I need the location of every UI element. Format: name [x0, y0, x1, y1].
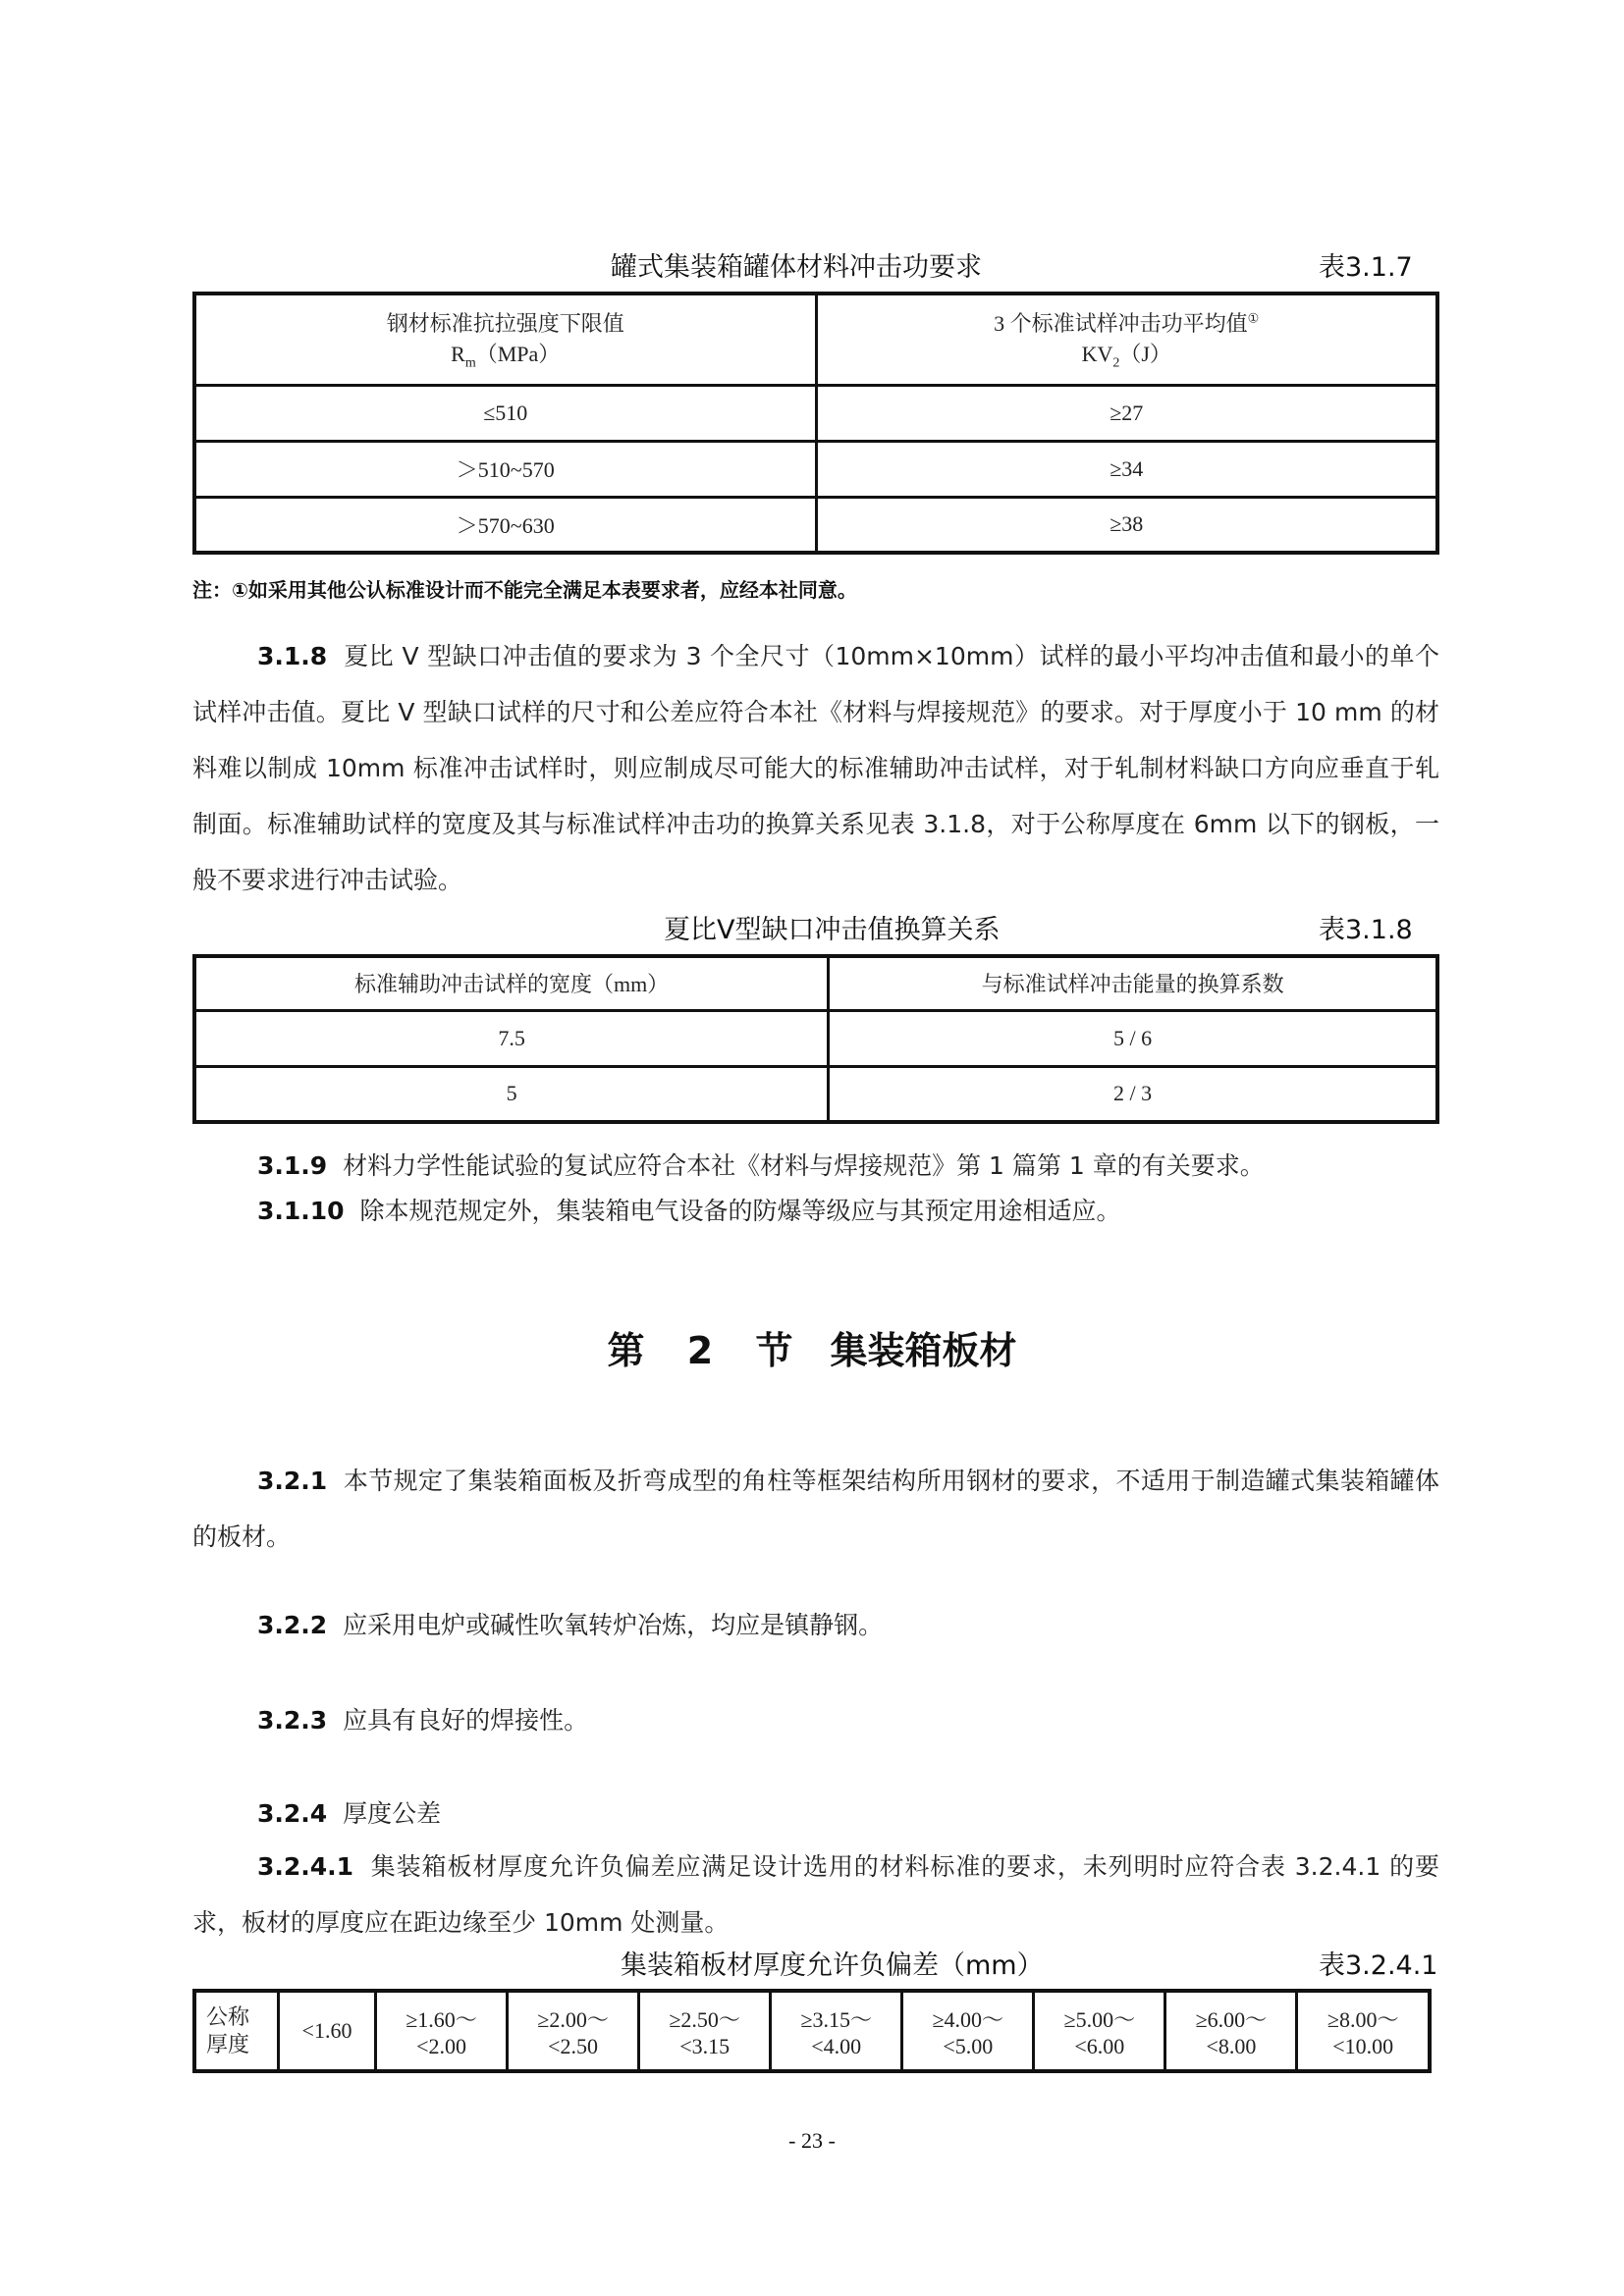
table-3-1-8-title: 夏比V型缺口冲击值换算关系 — [664, 908, 1000, 946]
cell-impact: ≥34 — [816, 441, 1437, 497]
table-row: 5 2 / 3 — [194, 1066, 1437, 1122]
table-row: ＞510~570 ≥34 — [194, 441, 1437, 497]
table-3-1-7-title: 罐式集装箱罐体材料冲击功要求 — [611, 245, 982, 284]
thickness-cell: ≥6.00～<8.00 — [1165, 1991, 1297, 2071]
paragraph-3-2-1: 3.2.1 本节规定了集装箱面板及折弯成型的角柱等框架结构所用钢材的要求，不适用… — [192, 1453, 1439, 1565]
header-cell-strength: 钢材标准抗拉强度下限值 Rm（MPa） — [194, 294, 816, 385]
clause-number: 3.2.3 — [257, 1706, 327, 1735]
header-impact-unit: KV2（J） — [818, 338, 1436, 371]
table-3-2-4-1-title: 集装箱板材厚度允许负偏差（mm） — [621, 1944, 1044, 1982]
paragraph-3-1-8: 3.1.8 夏比 V 型缺口冲击值的要求为 3 个全尺寸（10mm×10mm）试… — [192, 628, 1439, 908]
thickness-cell: ≥8.00～<10.00 — [1297, 1991, 1430, 2071]
cell-strength: ＞570~630 — [194, 497, 816, 553]
clause-text: 除本规范规定外，集装箱电气设备的防爆等级应与其预定用途相适应。 — [359, 1197, 1120, 1225]
thickness-cell: ≥2.50～<3.15 — [639, 1991, 771, 2071]
table-row: 公称 厚度 <1.60 ≥1.60～<2.00 ≥2.00～<2.50 ≥2.5… — [194, 1991, 1430, 2071]
clause-text: 应采用电炉或碱性吹氧转炉冶炼，均应是镇静钢。 — [343, 1611, 883, 1639]
paragraph-3-2-4-1: 3.2.4.1 集装箱板材厚度允许负偏差应满足设计选用的材料标准的要求，未列明时… — [192, 1839, 1439, 1950]
table-3-2-4-1: 公称 厚度 <1.60 ≥1.60～<2.00 ≥2.00～<2.50 ≥2.5… — [192, 1989, 1432, 2073]
paragraph-3-2-2: 3.2.2 应采用电炉或碱性吹氧转炉冶炼，均应是镇静钢。 — [192, 1604, 1439, 1647]
thickness-cell: ≥1.60～<2.00 — [376, 1991, 508, 2071]
clause-number: 3.1.8 — [257, 642, 327, 670]
clause-number: 3.2.2 — [257, 1611, 327, 1639]
header-cell-width: 标准辅助冲击试样的宽度（mm） — [194, 956, 829, 1010]
cell-width: 7.5 — [194, 1010, 829, 1066]
cell-strength: ＞510~570 — [194, 441, 816, 497]
clause-text: 应具有良好的焊接性。 — [343, 1706, 588, 1735]
cell-impact: ≥27 — [816, 385, 1437, 441]
thickness-cell: ≥5.00～<6.00 — [1034, 1991, 1165, 2071]
table-3-1-7-number: 表3.1.7 — [1319, 245, 1413, 284]
table-row: 7.5 5 / 6 — [194, 1010, 1437, 1066]
table-3-1-8-number: 表3.1.8 — [1319, 908, 1413, 946]
paragraph-3-2-3: 3.2.3 应具有良好的焊接性。 — [192, 1699, 1439, 1742]
cell-impact: ≥38 — [816, 497, 1437, 553]
table-row: ＞570~630 ≥38 — [194, 497, 1437, 553]
clause-number: 3.2.4.1 — [257, 1852, 353, 1881]
clause-number: 3.2.1 — [257, 1467, 327, 1495]
paragraph-3-1-9: 3.1.9 材料力学性能试验的复试应符合本社《材料与焊接规范》第 1 篇第 1 … — [192, 1145, 1439, 1188]
clause-text: 材料力学性能试验的复试应符合本社《材料与焊接规范》第 1 篇第 1 章的有关要求… — [343, 1151, 1265, 1180]
clause-text: 厚度公差 — [343, 1799, 441, 1828]
section-heading: 第 2 节 集装箱板材 — [0, 1320, 1624, 1374]
header-cell-impact: 3 个标准试样冲击功平均值① KV2（J） — [816, 294, 1437, 385]
clause-text: 夏比 V 型缺口冲击值的要求为 3 个全尺寸（10mm×10mm）试样的最小平均… — [192, 642, 1439, 894]
table-3-2-4-1-number: 表3.2.4.1 — [1319, 1944, 1437, 1982]
clause-number: 3.1.9 — [257, 1151, 327, 1180]
page-number: - 23 - — [0, 2128, 1624, 2154]
table-3-1-8: 标准辅助冲击试样的宽度（mm） 与标准试样冲击能量的换算系数 7.5 5 / 6… — [192, 954, 1439, 1124]
clause-text: 本节规定了集装箱面板及折弯成型的角柱等框架结构所用钢材的要求，不适用于制造罐式集… — [192, 1467, 1439, 1551]
header-cell-factor: 与标准试样冲击能量的换算系数 — [829, 956, 1437, 1010]
clause-number: 3.1.10 — [257, 1197, 345, 1225]
table-row: ≤510 ≥27 — [194, 385, 1437, 441]
clause-text: 集装箱板材厚度允许负偏差应满足设计选用的材料标准的要求，未列明时应符合表 3.2… — [192, 1852, 1439, 1937]
cell-factor: 2 / 3 — [829, 1066, 1437, 1122]
thickness-cell: <1.60 — [279, 1991, 376, 2071]
row-label-cell: 公称 厚度 — [194, 1991, 279, 2071]
header-strength-unit: Rm（MPa） — [196, 338, 815, 371]
table-header-row: 钢材标准抗拉强度下限值 Rm（MPa） 3 个标准试样冲击功平均值① KV2（J… — [194, 294, 1437, 385]
table-3-1-7-note: 注：①如采用其他公认标准设计而不能完全满足本表要求者，应经本社同意。 — [192, 574, 857, 603]
cell-factor: 5 / 6 — [829, 1010, 1437, 1066]
thickness-cell: ≥4.00～<5.00 — [902, 1991, 1034, 2071]
header-impact-label: 3 个标准试样冲击功平均值① — [818, 307, 1436, 338]
clause-number: 3.2.4 — [257, 1799, 327, 1828]
row-label-line1: 公称 — [206, 2003, 277, 2031]
thickness-cell: ≥2.00～<2.50 — [508, 1991, 639, 2071]
thickness-cell: ≥3.15～<4.00 — [771, 1991, 902, 2071]
table-header-row: 标准辅助冲击试样的宽度（mm） 与标准试样冲击能量的换算系数 — [194, 956, 1437, 1010]
paragraph-3-2-4: 3.2.4 厚度公差 — [192, 1792, 1439, 1836]
header-strength-label: 钢材标准抗拉强度下限值 — [196, 307, 815, 338]
table-3-1-7: 钢材标准抗拉强度下限值 Rm（MPa） 3 个标准试样冲击功平均值① KV2（J… — [192, 292, 1439, 555]
cell-strength: ≤510 — [194, 385, 816, 441]
cell-width: 5 — [194, 1066, 829, 1122]
row-label-line2: 厚度 — [206, 2031, 277, 2058]
paragraph-3-1-10: 3.1.10 除本规范规定外，集装箱电气设备的防爆等级应与其预定用途相适应。 — [192, 1190, 1439, 1233]
